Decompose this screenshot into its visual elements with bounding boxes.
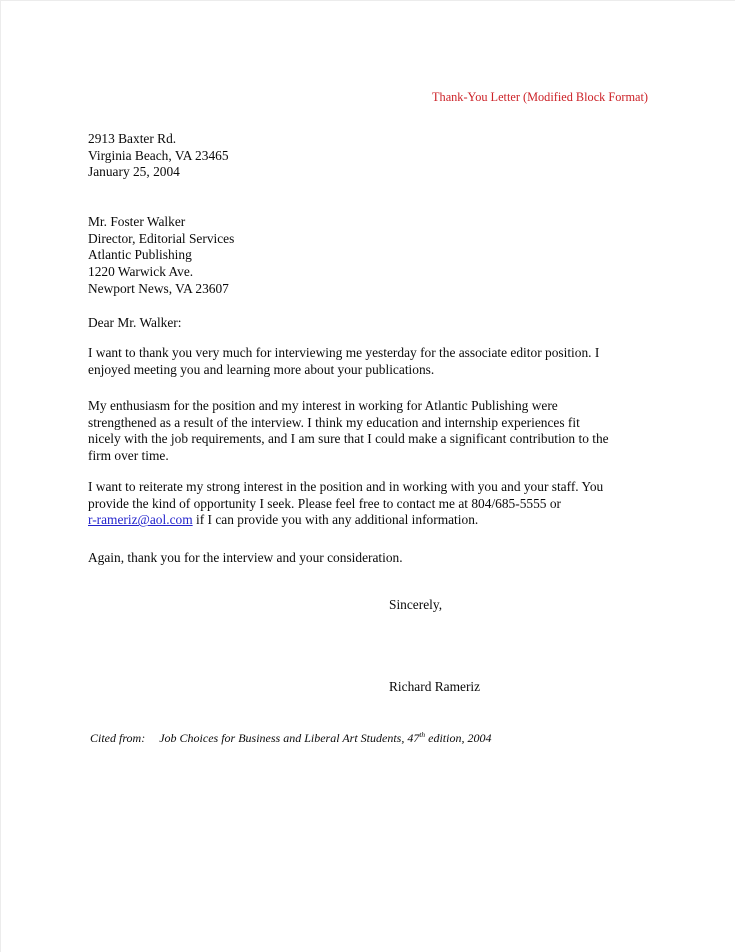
sender-address-block: 2913 Baxter Rd. Virginia Beach, VA 23465…: [88, 131, 229, 181]
paragraph-enthusiasm: My enthusiasm for the position and my in…: [88, 398, 609, 465]
paragraph-line: nicely with the job requirements, and I …: [88, 431, 609, 448]
recipient-name: Mr. Foster Walker: [88, 214, 234, 231]
signature-name: Richard Rameriz: [389, 679, 480, 696]
paragraph-line: I want to thank you very much for interv…: [88, 345, 599, 362]
recipient-company: Atlantic Publishing: [88, 247, 234, 264]
valediction: Sincerely,: [389, 597, 442, 614]
paragraph-line: I want to reiterate my strong interest i…: [88, 479, 603, 496]
paragraph-closing-thanks: Again, thank you for the interview and y…: [88, 550, 403, 567]
citation-prefix: Cited from:: [90, 731, 145, 745]
paragraph-thank-you: I want to thank you very much for interv…: [88, 345, 599, 378]
paragraph-line: firm over time.: [88, 448, 609, 465]
paragraph-line: enjoyed meeting you and learning more ab…: [88, 362, 599, 379]
salutation: Dear Mr. Walker:: [88, 315, 182, 332]
citation-line: Cited from:Job Choices for Business and …: [90, 731, 491, 746]
sender-street: 2913 Baxter Rd.: [88, 131, 229, 148]
document-type-label: Thank-You Letter (Modified Block Format): [88, 90, 648, 105]
recipient-street: 1220 Warwick Ave.: [88, 264, 234, 281]
paragraph-line: strengthened as a result of the intervie…: [88, 415, 609, 432]
citation-work-title: Job Choices for Business and Liberal Art…: [159, 731, 419, 745]
paragraph-reiterate-interest: I want to reiterate my strong interest i…: [88, 479, 603, 529]
letter-page: Thank-You Letter (Modified Block Format)…: [0, 0, 735, 952]
paragraph-line-remainder: if I can provide you with any additional…: [193, 512, 479, 527]
citation-suffix: edition, 2004: [425, 731, 491, 745]
paragraph-line: provide the kind of opportunity I seek. …: [88, 496, 603, 513]
recipient-address-block: Mr. Foster Walker Director, Editorial Se…: [88, 214, 234, 298]
email-link[interactable]: r-rameriz@aol.com: [88, 512, 193, 527]
recipient-city-state-zip: Newport News, VA 23607: [88, 281, 234, 298]
paragraph-line: r-rameriz@aol.com if I can provide you w…: [88, 512, 603, 529]
sender-city-state-zip: Virginia Beach, VA 23465: [88, 148, 229, 165]
recipient-title: Director, Editorial Services: [88, 231, 234, 248]
letter-date: January 25, 2004: [88, 164, 229, 181]
paragraph-line: My enthusiasm for the position and my in…: [88, 398, 609, 415]
